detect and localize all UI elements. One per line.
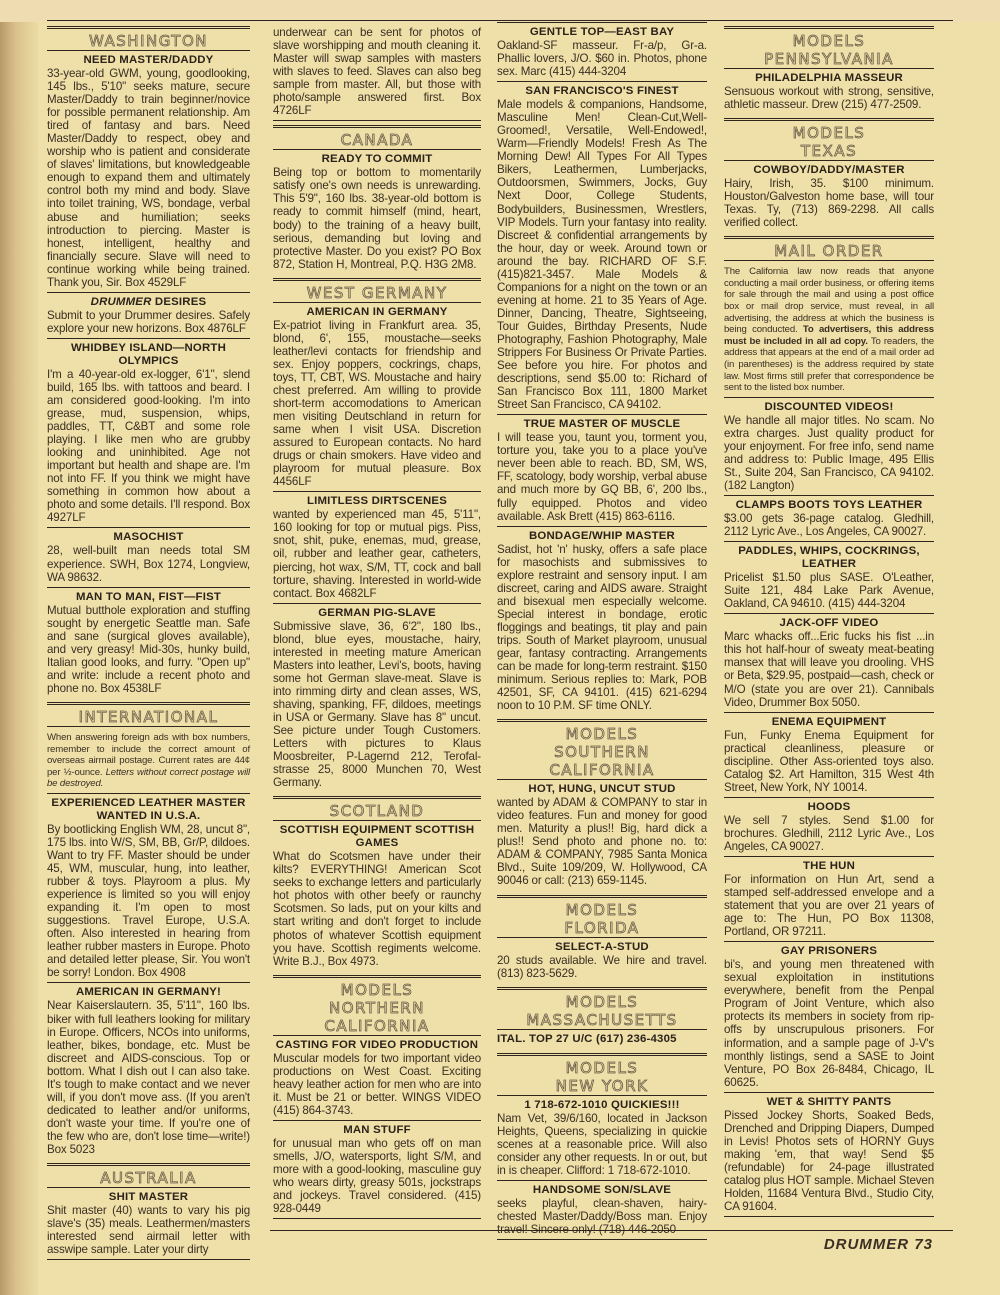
ad-title: SCOTTISH EQUIPMENT SCOTTISH GAMES <box>273 824 481 850</box>
classified-ad: SCOTTISH EQUIPMENT SCOTTISH GAMES What d… <box>273 821 481 970</box>
classified-ad: PHILADELPHIA MASSEUR Sensuous workout wi… <box>724 69 934 114</box>
ad-body: wanted by ADAM & COMPANY to star in vide… <box>497 796 707 887</box>
ad-title-italic: DRUMMER <box>91 296 152 308</box>
section-heading-models-northern-california: MODELS NORTHERN CALIFORNIA <box>273 975 481 1036</box>
section-heading-text: CALIFORNIA <box>497 761 707 779</box>
classified-ad: AMERICAN IN GERMANY Ex-patriot living in… <box>273 303 481 493</box>
ad-title: GERMAN PIG-SLAVE <box>273 607 481 620</box>
section-heading-text: WEST GERMANY <box>273 284 481 302</box>
classified-ad: ITAL. TOP 27 U/C (617) 236-4305 <box>497 1030 707 1049</box>
section-heading-text: MODELS <box>497 993 707 1011</box>
section-heading-models-pennsylvania: MODELS PENNSYLVANIA <box>724 26 934 69</box>
ad-body: bi's, and young men threatened with sexu… <box>724 958 934 1088</box>
top-rule <box>47 20 953 21</box>
publication-name: DRUMMER <box>824 1236 909 1253</box>
ad-title: BONDAGE/WHIP MASTER <box>497 530 707 543</box>
section-heading-text: TEXAS <box>724 142 934 160</box>
classified-ad: PADDLES, WHIPS, COCKRINGS, LEATHER Price… <box>724 542 934 614</box>
ad-title: LIMITLESS DIRTSCENES <box>273 495 481 508</box>
ad-body: Mutual butthole exploration and stuffing… <box>47 604 250 695</box>
classified-ad: BONDAGE/WHIP MASTER Sadist, hot 'n' husk… <box>497 527 707 716</box>
classified-ad: MAN TO MAN, FIST—FIST Mutual butthole ex… <box>47 588 250 698</box>
ad-title: PHILADELPHIA MASSEUR <box>724 72 934 85</box>
classified-ad: MASOCHIST 28, well-built man needs total… <box>47 528 250 587</box>
section-heading-text: INTERNATIONAL <box>47 708 250 726</box>
classified-ad: SELECT-A-STUD 20 studs available. We hir… <box>497 938 707 983</box>
classified-ad: THE HUN For information on Hun Art, send… <box>724 857 934 942</box>
ad-body: Submit to your Drummer desires. Safely e… <box>47 309 250 335</box>
ad-title: HOT, HUNG, UNCUT STUD <box>497 783 707 796</box>
ad-body: wanted by experienced man 45, 5'11", 160… <box>273 508 481 599</box>
section-heading-text: PENNSYLVANIA <box>724 50 934 68</box>
section-heading-text: MODELS <box>497 901 707 919</box>
ad-body: I'm a 40-year-old ex-logger, 6'1", slend… <box>47 368 250 525</box>
ad-title: GENTLE TOP—EAST BAY <box>497 26 707 39</box>
ad-title: ENEMA EQUIPMENT <box>724 716 934 729</box>
classified-ad: READY TO COMMIT Being top or bottom to m… <box>273 150 481 273</box>
page-footer: DRUMMER 73 <box>824 1236 933 1253</box>
classified-ad: CLAMPS BOOTS TOYS LEATHER $3.00 gets 36-… <box>724 496 934 542</box>
classified-ad: JACK-OFF VIDEO Marc whacks off...Eric fu… <box>724 614 934 712</box>
column-4: MODELS PENNSYLVANIA PHILADELPHIA MASSEUR… <box>724 22 934 1217</box>
section-heading-west-germany: WEST GERMANY <box>273 278 481 303</box>
classified-ad: LIMITLESS DIRTSCENES wanted by experienc… <box>273 492 481 603</box>
ad-title: TRUE MASTER OF MUSCLE <box>497 418 707 431</box>
ad-title: SHIT MASTER <box>47 1191 250 1204</box>
section-heading-text: NORTHERN <box>273 999 481 1017</box>
classified-ad: HOT, HUNG, UNCUT STUD wanted by ADAM & C… <box>497 780 707 890</box>
section-heading-text: MASSACHUSETTS <box>497 1011 707 1029</box>
classified-ad: GAY PRISONERS bi's, and young men threat… <box>724 942 934 1092</box>
ad-body: Pricelist $1.50 plus SASE. O'Leather, Su… <box>724 571 934 610</box>
ad-title: GAY PRISONERS <box>724 945 934 958</box>
ad-title: MAN TO MAN, FIST—FIST <box>47 591 250 604</box>
ad-body: Male models & companions, Handsome, Masc… <box>497 98 707 411</box>
ad-body: 20 studs available. We hire and travel. … <box>497 954 707 980</box>
ad-title: SELECT-A-STUD <box>497 941 707 954</box>
section-heading-australia: AUSTRALIA <box>47 1163 250 1188</box>
ad-body: for unusual man who gets off on man smel… <box>273 1137 481 1215</box>
section-heading-text: MODELS <box>497 1059 707 1077</box>
ad-title: SAN FRANCISCO'S FINEST <box>497 85 707 98</box>
ad-body: By bootlicking English WM, 28, uncut 8",… <box>47 823 250 980</box>
ad-body: Submissive slave, 36, 6'2", 180 lbs., bl… <box>273 620 481 790</box>
ad-title: CLAMPS BOOTS TOYS LEATHER <box>724 499 934 512</box>
ad-title: CASTING FOR VIDEO PRODUCTION <box>273 1039 481 1052</box>
column-1: WASHINGTON NEED MASTER/DADDY 33-year-old… <box>47 22 250 1260</box>
classified-ad: CASTING FOR VIDEO PRODUCTION Muscular mo… <box>273 1036 481 1121</box>
ad-title: MASOCHIST <box>47 531 250 544</box>
ad-title: DRUMMER DESIRES <box>47 296 250 309</box>
classified-ad: DRUMMER DESIRES Submit to your Drummer d… <box>47 293 250 339</box>
ad-body: For information on Hun Art, send a stamp… <box>724 873 934 938</box>
ad-title: EXPERIENCED LEATHER MASTER WANTED IN U.S… <box>47 797 250 823</box>
ad-title: NEED MASTER/DADDY <box>47 54 250 67</box>
section-heading-text: FLORIDA <box>497 919 707 937</box>
ad-body: Near Kaiserslautern. 35, 5'11", 160 lbs.… <box>47 999 250 1156</box>
international-postage-notice: When answering foreign ads with box numb… <box>47 727 250 794</box>
ad-body: Sadist, hot 'n' husky, offers a safe pla… <box>497 543 707 713</box>
classified-ad: 1 718-672-1010 QUICKIES!!! Nam Vet, 39/6… <box>497 1096 707 1181</box>
ad-title: WHIDBEY ISLAND—NORTH OLYMPICS <box>47 342 250 368</box>
ad-body: Fun, Funky Enema Equipment for practical… <box>724 729 934 794</box>
ad-body: Oakland-SF masseur. Fr-a/p, Gr-a. Phalli… <box>497 39 707 78</box>
ad-title: PADDLES, WHIPS, COCKRINGS, LEATHER <box>724 545 934 571</box>
classified-ad: SHIT MASTER Shit master (40) wants to va… <box>47 1188 250 1260</box>
ad-body: Nam Vet, 39/6/160, located in Jackson He… <box>497 1112 707 1177</box>
ad-body: Pissed Jockey Shorts, Soaked Beds, Drenc… <box>724 1109 934 1213</box>
classified-ad: GERMAN PIG-SLAVE Submissive slave, 36, 6… <box>273 604 481 793</box>
column-3: GENTLE TOP—EAST BAY Oakland-SF masseur. … <box>497 22 707 1240</box>
classified-ad: WHIDBEY ISLAND—NORTH OLYMPICS I'm a 40-y… <box>47 339 250 529</box>
ad-body: Hairy, Irish, 35. $100 minimum. Houston/… <box>724 177 934 229</box>
section-heading-text: WASHINGTON <box>47 32 250 50</box>
section-heading-models-texas: MODELS TEXAS <box>724 118 934 161</box>
ad-body: 28, well-built man needs total SM experi… <box>47 544 250 583</box>
ad-title: AMERICAN IN GERMANY! <box>47 986 250 999</box>
ad-title: 1 718-672-1010 QUICKIES!!! <box>497 1099 707 1112</box>
ad-body: underwear can be sent for photos of slav… <box>273 26 481 117</box>
mail-order-law-notice: The California law now reads that anyone… <box>724 261 934 398</box>
classified-ad: MAN STUFF for unusual man who gets off o… <box>273 1121 481 1219</box>
page-top-margin <box>0 0 1000 22</box>
ad-body: 33-year-old GWM, young, goodlooking, 145… <box>47 67 250 289</box>
ad-body: Shit master (40) wants to vary his pig s… <box>47 1204 250 1256</box>
section-heading-models-southern-california: MODELS SOUTHERN CALIFORNIA <box>497 719 707 780</box>
classified-ad: EXPERIENCED LEATHER MASTER WANTED IN U.S… <box>47 794 250 984</box>
section-heading-text: MODELS <box>724 124 934 142</box>
classified-ad: DISCOUNTED VIDEOS! We handle all major t… <box>724 398 934 496</box>
section-heading-models-massachusetts: MODELS MASSACHUSETTS <box>497 987 707 1030</box>
section-heading-text: CANADA <box>273 131 481 149</box>
section-heading-international: INTERNATIONAL <box>47 702 250 727</box>
classified-ad-continued: underwear can be sent for photos of slav… <box>273 22 481 121</box>
section-heading-models-florida: MODELS FLORIDA <box>497 895 707 938</box>
classified-ad: HOODS We sell 7 styles. Send $1.00 for b… <box>724 798 934 857</box>
ad-body: We sell 7 styles. Send $1.00 for brochur… <box>724 814 934 853</box>
ad-title: THE HUN <box>724 860 934 873</box>
classified-ad: AMERICAN IN GERMANY! Near Kaiserslautern… <box>47 983 250 1159</box>
ad-body: $3.00 gets 36-page catalog. Gledhill, 21… <box>724 512 934 538</box>
classified-ad: TRUE MASTER OF MUSCLE I will tease you, … <box>497 415 707 526</box>
ad-body: We handle all major titles. No scam. No … <box>724 414 934 492</box>
classified-ad: ENEMA EQUIPMENT Fun, Funky Enema Equipme… <box>724 713 934 798</box>
section-heading-mail-order: MAIL ORDER <box>724 236 934 261</box>
section-heading-text: SCOTLAND <box>273 802 481 820</box>
section-heading-text: SOUTHERN <box>497 743 707 761</box>
page-number: 73 <box>914 1236 933 1253</box>
ad-title: HANDSOME SON/SLAVE <box>497 1184 707 1197</box>
ad-title-rest: DESIRES <box>152 296 207 308</box>
section-heading-text: CALIFORNIA <box>273 1017 481 1035</box>
ad-title: WET & SHITTY PANTS <box>724 1096 934 1109</box>
section-heading-text: NEW YORK <box>497 1077 707 1095</box>
ad-title: MAN STUFF <box>273 1124 481 1137</box>
ad-body: Marc whacks off...Eric fucks his fist ..… <box>724 630 934 708</box>
ad-title: AMERICAN IN GERMANY <box>273 306 481 319</box>
section-heading-canada: CANADA <box>273 125 481 150</box>
ad-body: Being top or bottom to momentarily satis… <box>273 166 481 270</box>
ad-body: Sensuous workout with strong, sensitive,… <box>724 85 934 111</box>
ad-title: JACK-OFF VIDEO <box>724 617 934 630</box>
classified-ad: HANDSOME SON/SLAVE seeks playful, clean-… <box>497 1181 707 1240</box>
section-heading-washington: WASHINGTON <box>47 26 250 51</box>
ad-title: DISCOUNTED VIDEOS! <box>724 401 934 414</box>
classified-ad: COWBOY/DADDY/MASTER Hairy, Irish, 35. $1… <box>724 161 934 232</box>
ad-body: Muscular models for two important video … <box>273 1052 481 1117</box>
classified-ad: WET & SHITTY PANTS Pissed Jockey Shorts,… <box>724 1093 934 1217</box>
section-heading-models-new-york: MODELS NEW YORK <box>497 1053 707 1096</box>
ad-body: What do Scotsmen have under their kilts?… <box>273 850 481 967</box>
section-heading-text: MAIL ORDER <box>724 242 934 260</box>
ad-body: I will tease you, taunt you, torment you… <box>497 431 707 522</box>
ad-title: ITAL. TOP 27 U/C (617) 236-4305 <box>497 1033 707 1046</box>
section-heading-scotland: SCOTLAND <box>273 796 481 821</box>
page-binding-edge <box>0 0 38 1295</box>
section-heading-text: MODELS <box>273 981 481 999</box>
footer-rule <box>270 1230 953 1231</box>
ad-title: HOODS <box>724 801 934 814</box>
classified-ad: GENTLE TOP—EAST BAY Oakland-SF masseur. … <box>497 23 707 82</box>
column-2: underwear can be sent for photos of slav… <box>273 22 481 1219</box>
classified-ad: NEED MASTER/DADDY 33-year-old GWM, young… <box>47 51 250 293</box>
section-heading-text: AUSTRALIA <box>47 1169 250 1187</box>
section-heading-text: MODELS <box>724 32 934 50</box>
classified-ad: SAN FRANCISCO'S FINEST Male models & com… <box>497 82 707 415</box>
ad-title: READY TO COMMIT <box>273 153 481 166</box>
ad-title: COWBOY/DADDY/MASTER <box>724 164 934 177</box>
section-heading-text: MODELS <box>497 725 707 743</box>
ad-body: Ex-patriot living in Frankfurt area. 35,… <box>273 319 481 489</box>
